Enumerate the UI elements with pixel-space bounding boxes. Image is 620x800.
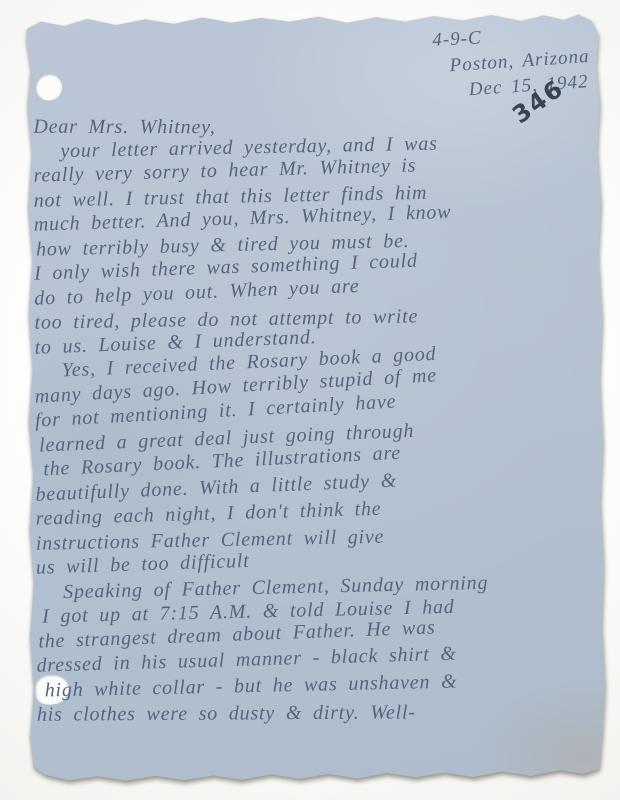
scanned-letter-page: 4-9-C Poston, Arizona Dec 15, 1942 346 D… bbox=[0, 0, 620, 800]
punch-hole-top bbox=[35, 74, 62, 101]
letter-body: Dear Mrs. Whitney,your letter arrived ye… bbox=[33, 111, 603, 727]
letter-line: his clothes were so dusty & dirty. Well- bbox=[37, 699, 603, 727]
letter-header: 4-9-C Poston, Arizona Dec 15, 1942 bbox=[424, 20, 592, 103]
letter-paper: 4-9-C Poston, Arizona Dec 15, 1942 346 D… bbox=[24, 11, 607, 783]
paper-shadow-wrap: 4-9-C Poston, Arizona Dec 15, 1942 346 D… bbox=[26, 13, 604, 781]
